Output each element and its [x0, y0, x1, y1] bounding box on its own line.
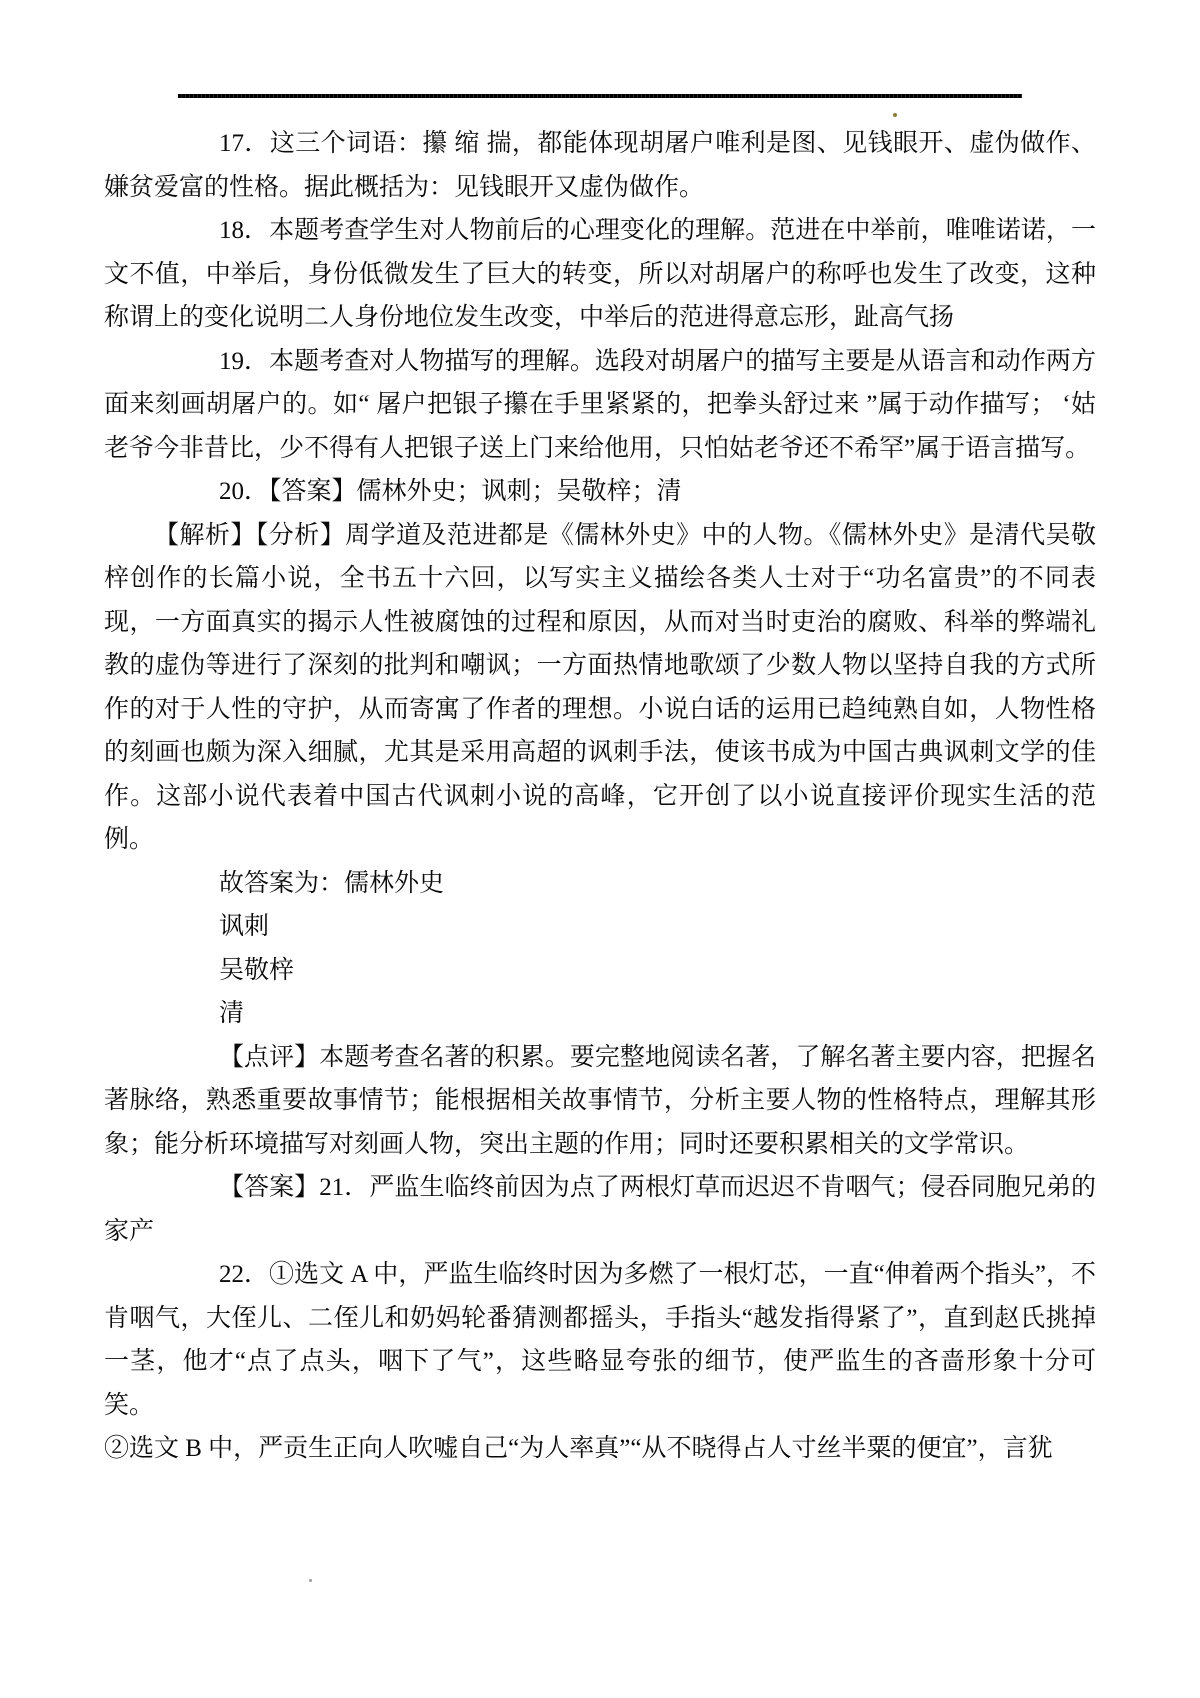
paragraph-answer-22-part-1: 22．①选文 A 中，严监生临终时因为多燃了一根灯芯，一直“伸着两个指头”，不肯…	[104, 1253, 1096, 1427]
paragraph-answer-22-part-2: ②选文 B 中，严贡生正向人吹嘘自己“为人率真”“从不晓得占人寸丝半粟的便宜”，…	[104, 1427, 1096, 1471]
paragraph-answer-20-comment: 【点评】本题考查名著的积累。要完整地阅读名著，了解名著主要内容，把握名著脉络，熟…	[104, 1036, 1096, 1167]
paragraph-answer-18: 18．本题考查学生对人物前后的心理变化的理解。范进在中举前，唯唯诺诺，一文不值，…	[104, 209, 1096, 340]
page-header-rule	[178, 94, 1022, 98]
paragraph-answer-20-analysis: 【解析】【分析】周学道及范进都是《儒林外史》中的人物。《儒林外史》是清代吴敬梓创…	[104, 514, 1096, 862]
paragraph-answer-20-item-4: 清	[104, 992, 1096, 1036]
paragraph-answer-17: 17．这三个词语：攥 缩 揣，都能体现胡屠户唯利是图、见钱眼开、虚伪做作、嫌贫爱…	[104, 122, 1096, 209]
document-page: 17．这三个词语：攥 缩 揣，都能体现胡屠户唯利是图、见钱眼开、虚伪做作、嫌贫爱…	[0, 0, 1200, 1698]
paragraph-answer-19: 19．本题考查对人物描写的理解。选段对胡屠户的描写主要是从语言和动作两方面来刻画…	[104, 340, 1096, 471]
paragraph-answer-21: 【答案】21．严监生临终前因为点了两根灯草而迟迟不肯咽气；侵吞同胞兄弟的家产	[104, 1166, 1096, 1253]
paragraph-answer-20-restate: 故答案为：儒林外史	[104, 862, 1096, 906]
scan-speck	[893, 113, 897, 117]
paragraph-answer-20-item-2: 讽刺	[104, 905, 1096, 949]
scan-speck	[309, 1579, 312, 1582]
paragraph-answer-20: 20．【答案】儒林外史；讽刺；吴敬梓；清	[104, 470, 1096, 514]
answer-text-block: 17．这三个词语：攥 缩 揣，都能体现胡屠户唯利是图、见钱眼开、虚伪做作、嫌贫爱…	[104, 122, 1096, 1471]
paragraph-answer-20-item-3: 吴敬梓	[104, 949, 1096, 993]
